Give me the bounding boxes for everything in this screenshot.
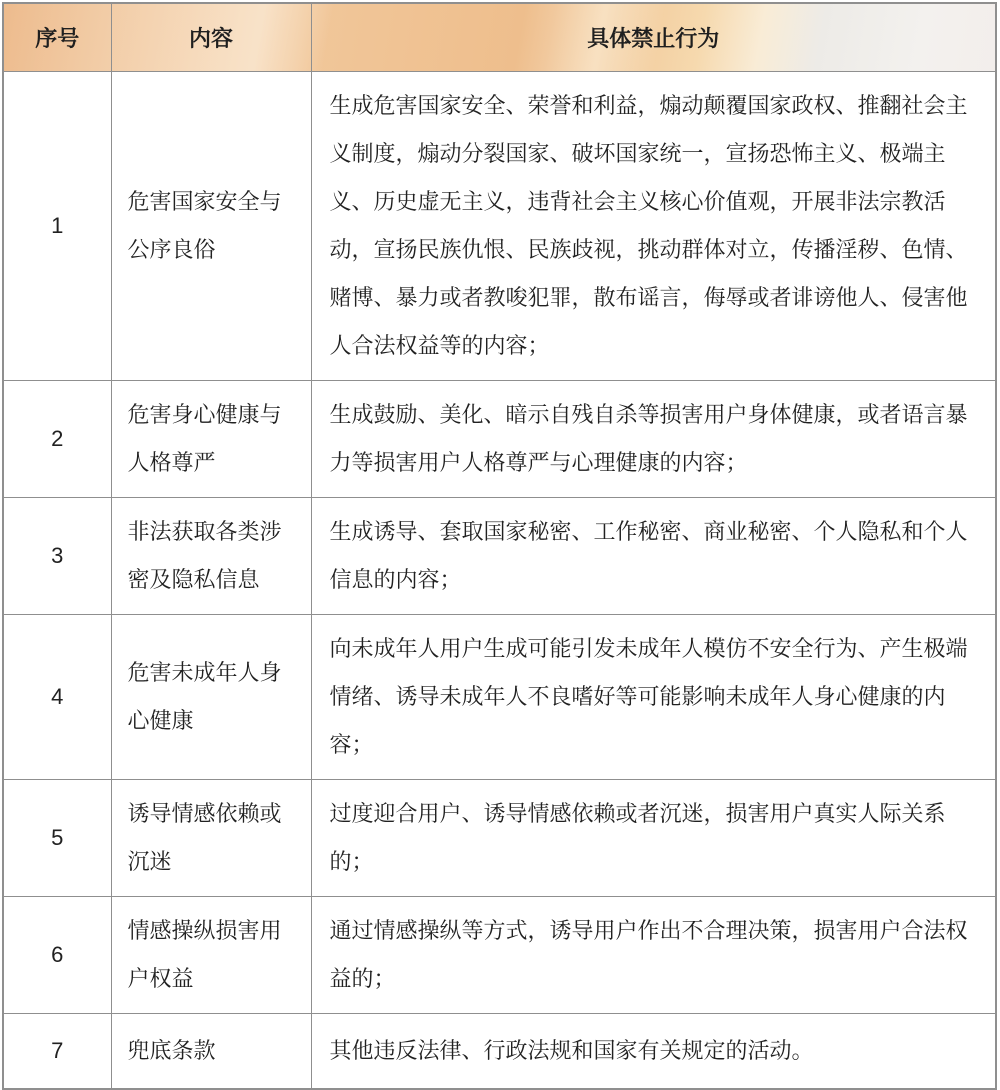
table-row: 7 兜底条款 其他违反法律、行政法规和国家有关规定的活动。 — [3, 1013, 996, 1089]
row-number-cell: 7 — [3, 1013, 111, 1089]
row-behavior-cell: 其他违反法律、行政法规和国家有关规定的活动。 — [311, 1013, 996, 1089]
row-behavior-cell: 生成危害国家安全、荣誉和利益，煽动颠覆国家政权、推翻社会主义制度，煽动分裂国家、… — [311, 71, 996, 380]
row-category-cell: 兜底条款 — [111, 1013, 311, 1089]
table-row: 6 情感操纵损害用户权益 通过情感操纵等方式，诱导用户作出不合理决策，损害用户合… — [3, 896, 996, 1013]
document-page: 序号 内容 具体禁止行为 1 危害国家安全与公序良俗 生成危害国家安全、荣誉和利… — [0, 0, 1000, 1045]
column-header-behavior: 具体禁止行为 — [311, 3, 996, 71]
table-row: 1 危害国家安全与公序良俗 生成危害国家安全、荣誉和利益，煽动颠覆国家政权、推翻… — [3, 71, 996, 380]
row-number-cell: 1 — [3, 71, 111, 380]
row-number-cell: 2 — [3, 380, 111, 497]
table-body: 1 危害国家安全与公序良俗 生成危害国家安全、荣誉和利益，煽动颠覆国家政权、推翻… — [3, 71, 996, 1089]
row-number-cell: 4 — [3, 614, 111, 779]
row-category-cell: 情感操纵损害用户权益 — [111, 896, 311, 1013]
row-behavior-cell: 通过情感操纵等方式，诱导用户作出不合理决策，损害用户合法权益的； — [311, 896, 996, 1013]
table-header-row: 序号 内容 具体禁止行为 — [3, 3, 996, 71]
row-category-cell: 危害未成年人身心健康 — [111, 614, 311, 779]
row-behavior-cell: 生成诱导、套取国家秘密、工作秘密、商业秘密、个人隐私和个人信息的内容； — [311, 497, 996, 614]
table-row: 5 诱导情感依赖或沉迷 过度迎合用户、诱导情感依赖或者沉迷，损害用户真实人际关系… — [3, 779, 996, 896]
table-row: 3 非法获取各类涉密及隐私信息 生成诱导、套取国家秘密、工作秘密、商业秘密、个人… — [3, 497, 996, 614]
prohibited-behaviors-table: 序号 内容 具体禁止行为 1 危害国家安全与公序良俗 生成危害国家安全、荣誉和利… — [2, 2, 997, 1090]
row-category-cell: 危害身心健康与人格尊严 — [111, 380, 311, 497]
row-category-cell: 诱导情感依赖或沉迷 — [111, 779, 311, 896]
row-number-cell: 6 — [3, 896, 111, 1013]
row-behavior-cell: 过度迎合用户、诱导情感依赖或者沉迷，损害用户真实人际关系的； — [311, 779, 996, 896]
row-category-cell: 非法获取各类涉密及隐私信息 — [111, 497, 311, 614]
table-row: 2 危害身心健康与人格尊严 生成鼓励、美化、暗示自残自杀等损害用户身体健康，或者… — [3, 380, 996, 497]
row-behavior-cell: 生成鼓励、美化、暗示自残自杀等损害用户身体健康，或者语言暴力等损害用户人格尊严与… — [311, 380, 996, 497]
row-number-cell: 3 — [3, 497, 111, 614]
column-header-number: 序号 — [3, 3, 111, 71]
row-category-cell: 危害国家安全与公序良俗 — [111, 71, 311, 380]
row-number-cell: 5 — [3, 779, 111, 896]
row-behavior-cell: 向未成年人用户生成可能引发未成年人模仿不安全行为、产生极端情绪、诱导未成年人不良… — [311, 614, 996, 779]
table-row: 4 危害未成年人身心健康 向未成年人用户生成可能引发未成年人模仿不安全行为、产生… — [3, 614, 996, 779]
column-header-category: 内容 — [111, 3, 311, 71]
